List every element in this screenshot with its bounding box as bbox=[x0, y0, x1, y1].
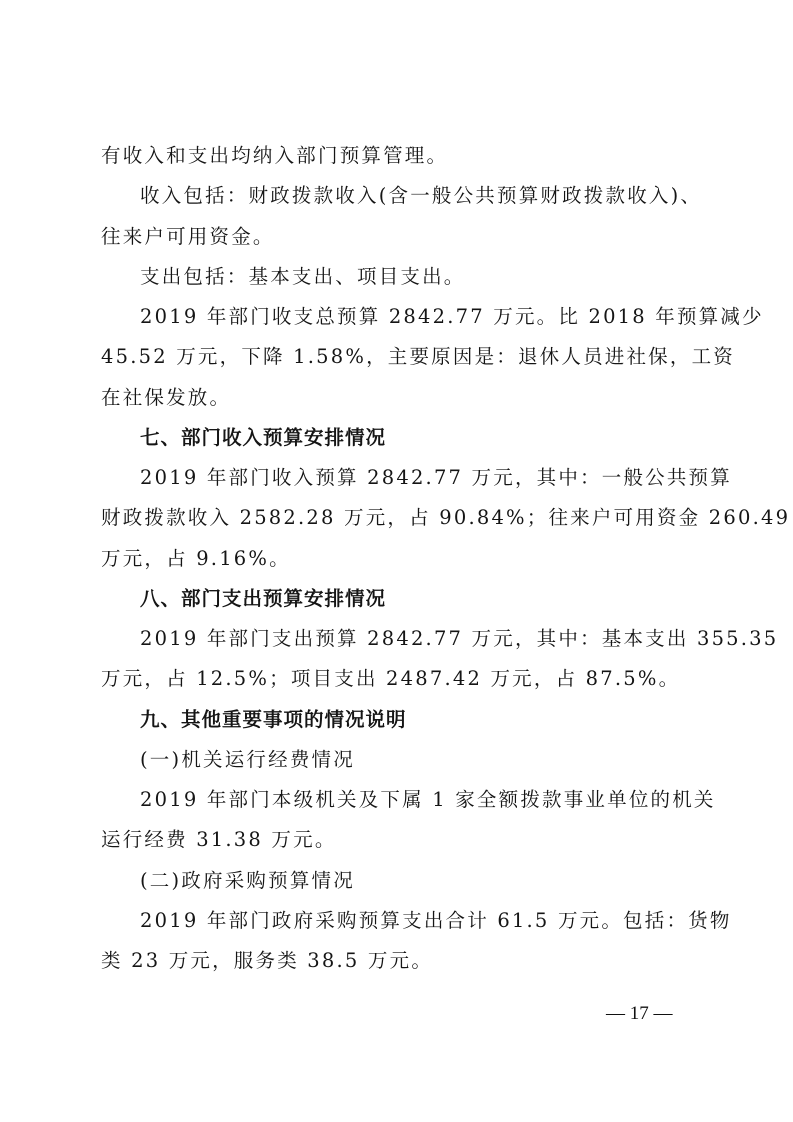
paragraph-line: 2019 年部门收支总预算 2842.77 万元。比 2018 年预算减少 bbox=[140, 303, 732, 331]
paragraph-line: 收入包括：财政拨款收入(含一般公共预算财政拨款收入)、 bbox=[140, 182, 732, 210]
paragraph-line: 运行经费 31.38 万元。 bbox=[101, 826, 693, 854]
paragraph-line: 万元，占 12.5%；项目支出 2487.42 万元，占 87.5%。 bbox=[101, 665, 693, 693]
paragraph-line: 往来户可用资金。 bbox=[101, 223, 693, 251]
section-heading: 七、部门收入预算安排情况 bbox=[140, 424, 732, 452]
section-heading: 九、其他重要事项的情况说明 bbox=[140, 706, 732, 734]
paragraph-line: 类 23 万元，服务类 38.5 万元。 bbox=[101, 947, 693, 975]
paragraph-line: (一)机关运行经费情况 bbox=[140, 746, 732, 774]
paragraph-line: 2019 年部门本级机关及下属 1 家全额拨款事业单位的机关 bbox=[140, 786, 732, 814]
paragraph-line: 2019 年部门政府采购预算支出合计 61.5 万元。包括：货物 bbox=[140, 907, 732, 935]
paragraph-line: 财政拨款收入 2582.28 万元，占 90.84%；往来户可用资金 260.4… bbox=[101, 504, 693, 532]
paragraph-line: 2019 年部门支出预算 2842.77 万元，其中：基本支出 355.35 bbox=[140, 625, 732, 653]
paragraph-line: 在社保发放。 bbox=[101, 384, 693, 412]
paragraph-line: 有收入和支出均纳入部门预算管理。 bbox=[101, 142, 693, 170]
section-heading: 八、部门支出预算安排情况 bbox=[140, 585, 732, 613]
paragraph-line: 支出包括：基本支出、项目支出。 bbox=[140, 263, 732, 291]
page-number: — 17 — bbox=[606, 1000, 673, 1028]
paragraph-line: 2019 年部门收入预算 2842.77 万元，其中：一般公共预算 bbox=[140, 464, 732, 492]
paragraph-line: 万元，占 9.16%。 bbox=[101, 545, 693, 573]
paragraph-line: (二)政府采购预算情况 bbox=[140, 867, 732, 895]
paragraph-line: 45.52 万元，下降 1.58%，主要原因是：退休人员进社保，工资 bbox=[101, 343, 693, 371]
document-page: 有收入和支出均纳入部门预算管理。收入包括：财政拨款收入(含一般公共预算财政拨款收… bbox=[0, 0, 793, 1122]
